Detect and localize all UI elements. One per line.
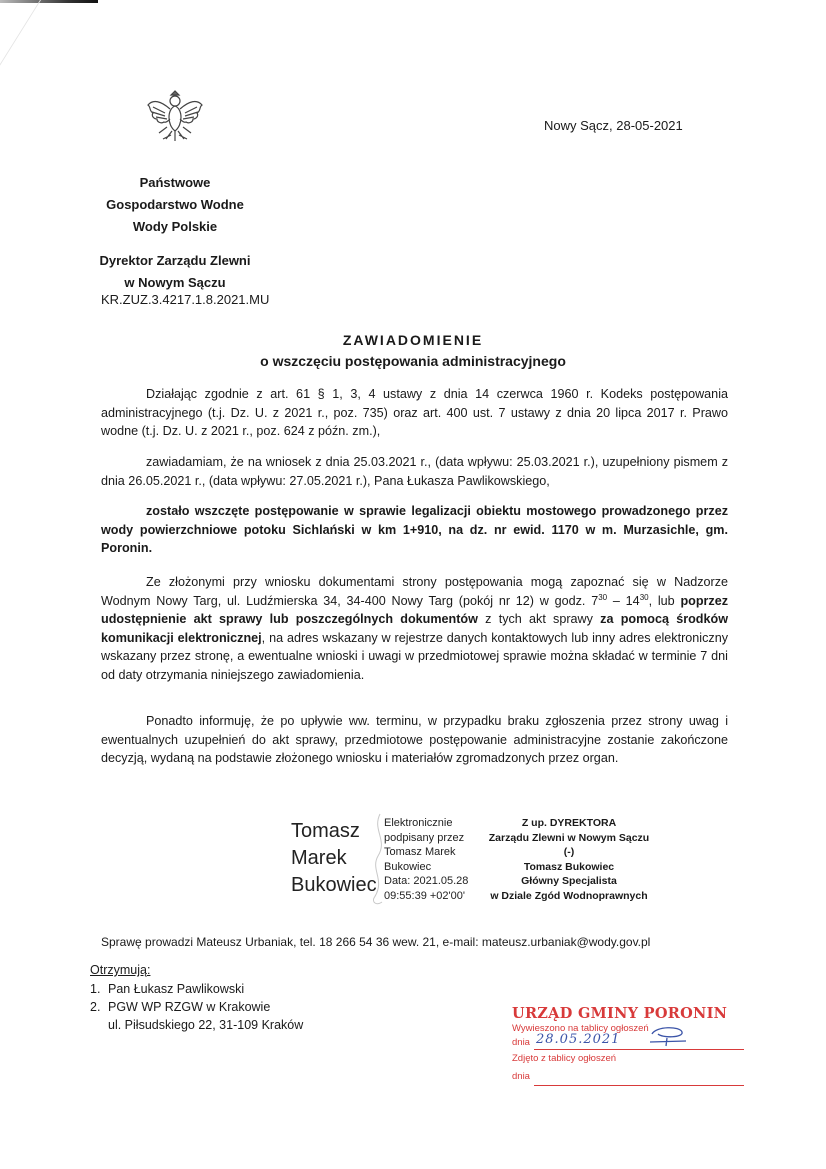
document-title: ZAWIADOMIENIE	[0, 332, 826, 348]
handwritten-date: 28.05.2021	[536, 1033, 620, 1047]
recipient-item: 1.Pan Łukasz Pawlikowski	[90, 980, 303, 998]
signing-authority: Z up. DYREKTORA Zarządu Zlewni w Nowym S…	[474, 816, 664, 903]
municipal-office-stamp: URZĄD GMINY PORONIN Wywieszono na tablic…	[512, 1005, 752, 1088]
place-date: Nowy Sącz, 28-05-2021	[544, 118, 683, 133]
notification-paragraph: zawiadamiam, że na wniosek z dnia 25.03.…	[101, 453, 728, 490]
handwritten-initial-icon	[642, 1024, 692, 1048]
scan-edge	[0, 0, 98, 3]
polish-eagle-emblem-icon	[145, 85, 205, 147]
legal-basis-paragraph: Działając zgodnie z art. 61 § 1, 3, 4 us…	[101, 385, 728, 441]
authority-line: Dyrektor Zarządu Zlewni	[60, 250, 290, 272]
org-line: Gospodarstwo Wodne	[60, 194, 290, 216]
stamp-title: URZĄD GMINY PORONIN	[512, 1005, 752, 1022]
stamp-removed-date-row: dnia	[512, 1070, 752, 1088]
stamp-posted-date-row: dnia 28.05.2021	[512, 1036, 752, 1052]
document-page: Państwowe Gospodarstwo Wodne Wody Polski…	[0, 0, 826, 1169]
stamp-removed-label: Zdjęto z tablicy ogłoszeń	[512, 1052, 752, 1066]
recipients-heading: Otrzymują:	[90, 963, 150, 977]
org-line: Państwowe	[60, 172, 290, 194]
case-contact: Sprawę prowadzi Mateusz Urbaniak, tel. 1…	[101, 935, 650, 949]
org-line: Wody Polskie	[60, 216, 290, 238]
recipients-list: 1.Pan Łukasz Pawlikowski 2.PGW WP RZGW w…	[90, 980, 303, 1034]
document-subtitle: o wszczęciu postępowania administracyjne…	[0, 353, 826, 369]
scan-fold-line	[0, 0, 41, 90]
signature-metadata: Elektronicznie podpisany przez Tomasz Ma…	[384, 816, 468, 903]
conclusion-paragraph: Ponadto informuję, że po upływie ww. ter…	[101, 712, 728, 768]
authority-line: w Nowym Sączu	[60, 272, 290, 294]
recipient-item: 2.PGW WP RZGW w Krakowieul. Piłsudskiego…	[90, 998, 303, 1034]
access-paragraph: Ze złożonymi przy wniosku dokumentami st…	[101, 573, 728, 685]
proceedings-paragraph: zostało wszczęte postępowanie w sprawie …	[101, 502, 728, 558]
reference-number: KR.ZUZ.3.4217.1.8.2021.MU	[101, 292, 269, 307]
issuer-block: Państwowe Gospodarstwo Wodne Wody Polski…	[60, 172, 290, 294]
